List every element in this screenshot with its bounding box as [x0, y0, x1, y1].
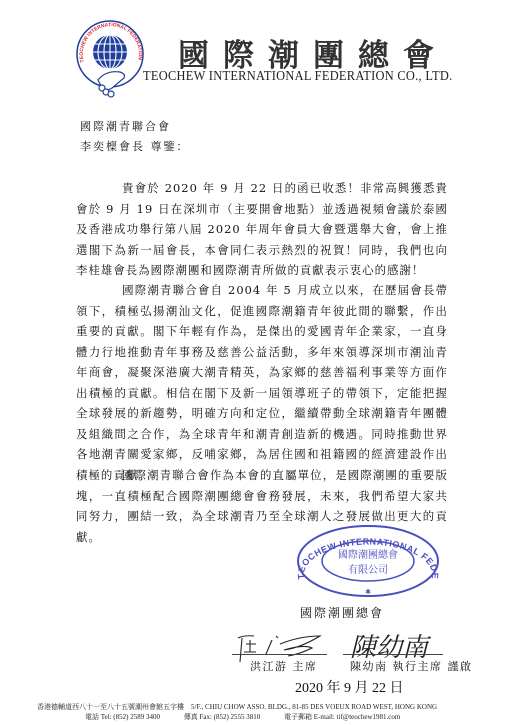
- addressee-salutation: 李奕檁會長 尊鑒：: [80, 138, 190, 154]
- stamp-center-line-1: 國際潮團總會: [338, 548, 398, 561]
- stamp-center-line-2: 有限公司: [348, 563, 388, 576]
- footer-fax: 傳真 Fax: (852) 2555 3810: [184, 713, 261, 721]
- paragraph-2-text: 國際潮青聯合會自 2004 年 5 月成立以來，在歷屆會長帶領下，積極弘揚潮汕文…: [76, 283, 448, 482]
- svg-text:✱: ✱: [365, 588, 371, 596]
- signature-line-1: [232, 654, 327, 655]
- company-seal-stamp: TEOCHEW INTERNATIONAL FEDERATION CO., LT…: [296, 524, 440, 598]
- addressee-organization: 國際潮青聯合會: [80, 118, 171, 134]
- signatory-executive-chairman: 陳幼南 執行主席 謹啟: [350, 658, 473, 674]
- letter-paragraph-2: 國際潮青聯合會自 2004 年 5 月成立以來，在歷屆會長帶領下，積極弘揚潮汕文…: [76, 280, 448, 485]
- letter-date: 2020 年 9 月 22 日: [295, 677, 404, 697]
- signing-organization: 國際潮團總會: [300, 604, 384, 621]
- footer-tel: 電話 Tel: (852) 2589 3400: [85, 713, 160, 721]
- paragraph-1-text: 貴會於 2020 年 9 月 22 日的函已收悉！非常高興獲悉貴會於 9 月 1…: [76, 181, 448, 277]
- footer-email[interactable]: 電子郵箱 E-mail: tif@teochew1981.com: [284, 713, 400, 721]
- footer-contacts: 電話 Tel: (852) 2589 3400 傳真 Fax: (852) 25…: [85, 712, 422, 722]
- signatory-chairman: 洪江游 主席: [250, 658, 318, 674]
- org-name-english: TEOCHEW INTERNATIONAL FEDERATION CO., LT…: [143, 68, 453, 84]
- federation-logo: TEOCHEW INTERNATIONAL FEDERATION: [72, 18, 148, 102]
- footer-address: 香港德輔道西八十一至八十五號潮州會館五字樓 5/F., CHIU CHOW AS…: [37, 702, 437, 712]
- signature-line-2: [343, 654, 443, 655]
- letter-paragraph-1: 貴會於 2020 年 9 月 22 日的函已收悉！非常高興獲悉貴會於 9 月 1…: [76, 178, 448, 281]
